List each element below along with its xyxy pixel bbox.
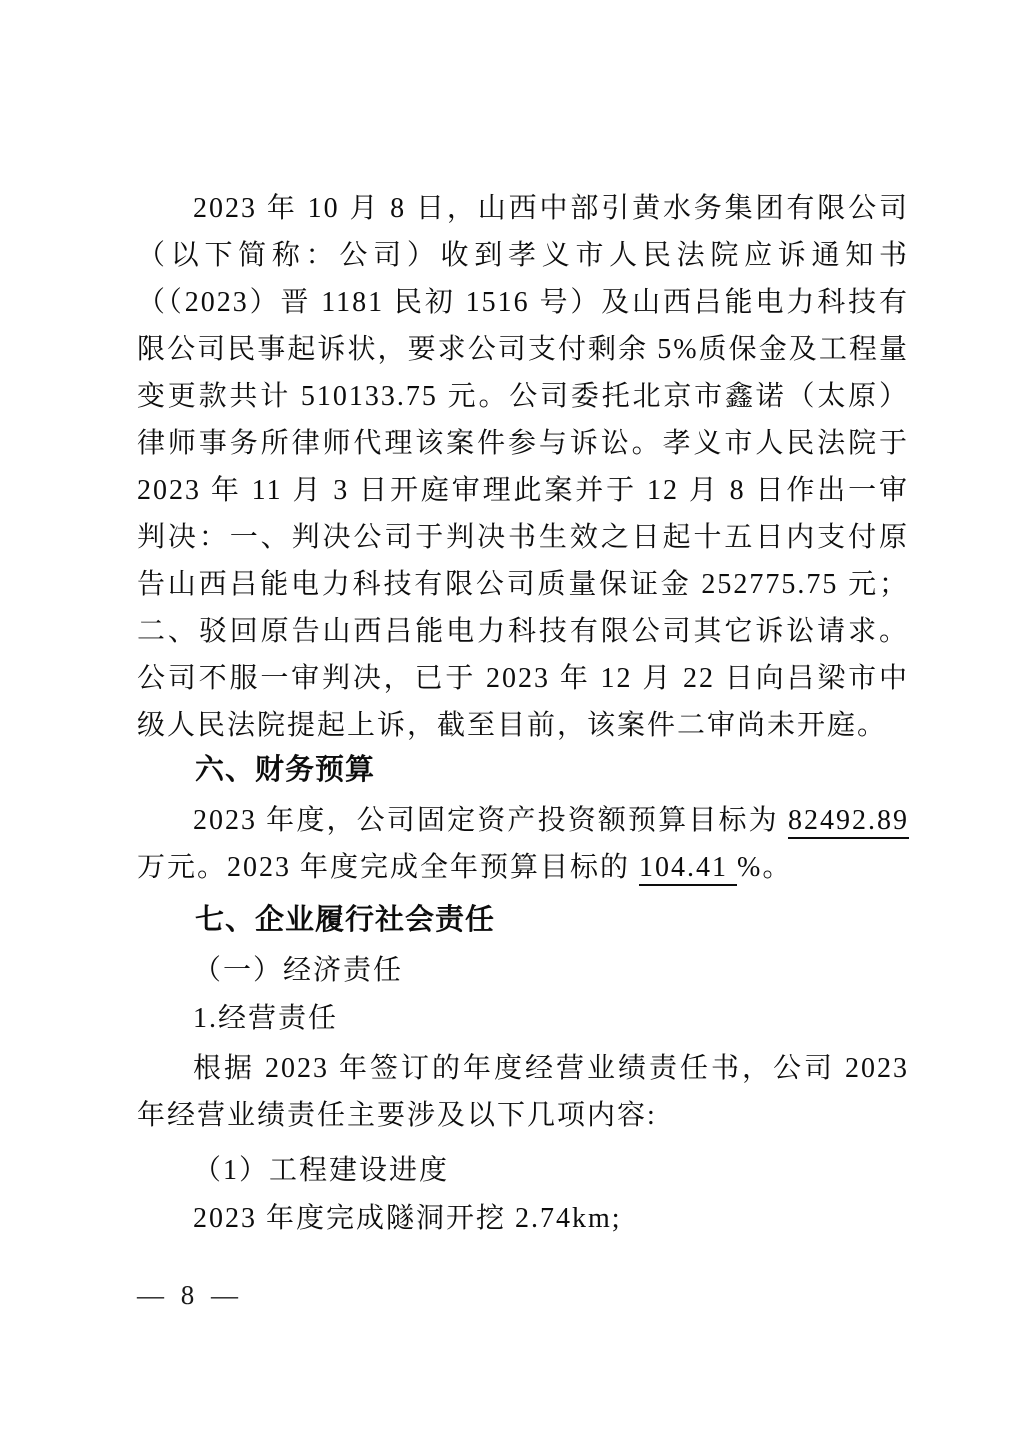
budget-paragraph: 2023 年度，公司固定资产投资额预算目标为 82492.89 万元。2023 … — [137, 797, 909, 891]
construction-progress-item-title: （1）工程建设进度 — [137, 1147, 909, 1194]
section-heading-finance-budget: 六、财务预算 — [137, 747, 909, 794]
page-number: — 8 — — [137, 1280, 240, 1310]
subheading-operating-responsibility: 1.经营责任 — [137, 995, 909, 1042]
budget-text-tail: %。 — [737, 852, 792, 883]
budget-target-value: 82492.89 — [788, 805, 909, 839]
budget-text-mid: 万元。2023 年度完成全年预算目标的 — [137, 852, 639, 883]
tunnel-excavation-item-value: 2023 年度完成隧洞开挖 2.74km; — [137, 1195, 909, 1242]
page-footer: — 8 — — [137, 1280, 240, 1311]
budget-text-lead: 2023 年度，公司固定资产投资额预算目标为 — [193, 805, 788, 836]
performance-intro-paragraph: 根据 2023 年签订的年度经营业绩责任书，公司 2023 年经营业绩责任主要涉… — [137, 1045, 909, 1139]
subheading-economic-responsibility: （一）经济责任 — [137, 947, 909, 994]
budget-completion-value: 104.41 — [639, 852, 737, 886]
lawsuit-paragraph: 2023 年 10 月 8 日，山西中部引黄水务集团有限公司（以下简称：公司）收… — [137, 185, 909, 749]
section-heading-social-responsibility: 七、企业履行社会责任 — [137, 897, 909, 944]
